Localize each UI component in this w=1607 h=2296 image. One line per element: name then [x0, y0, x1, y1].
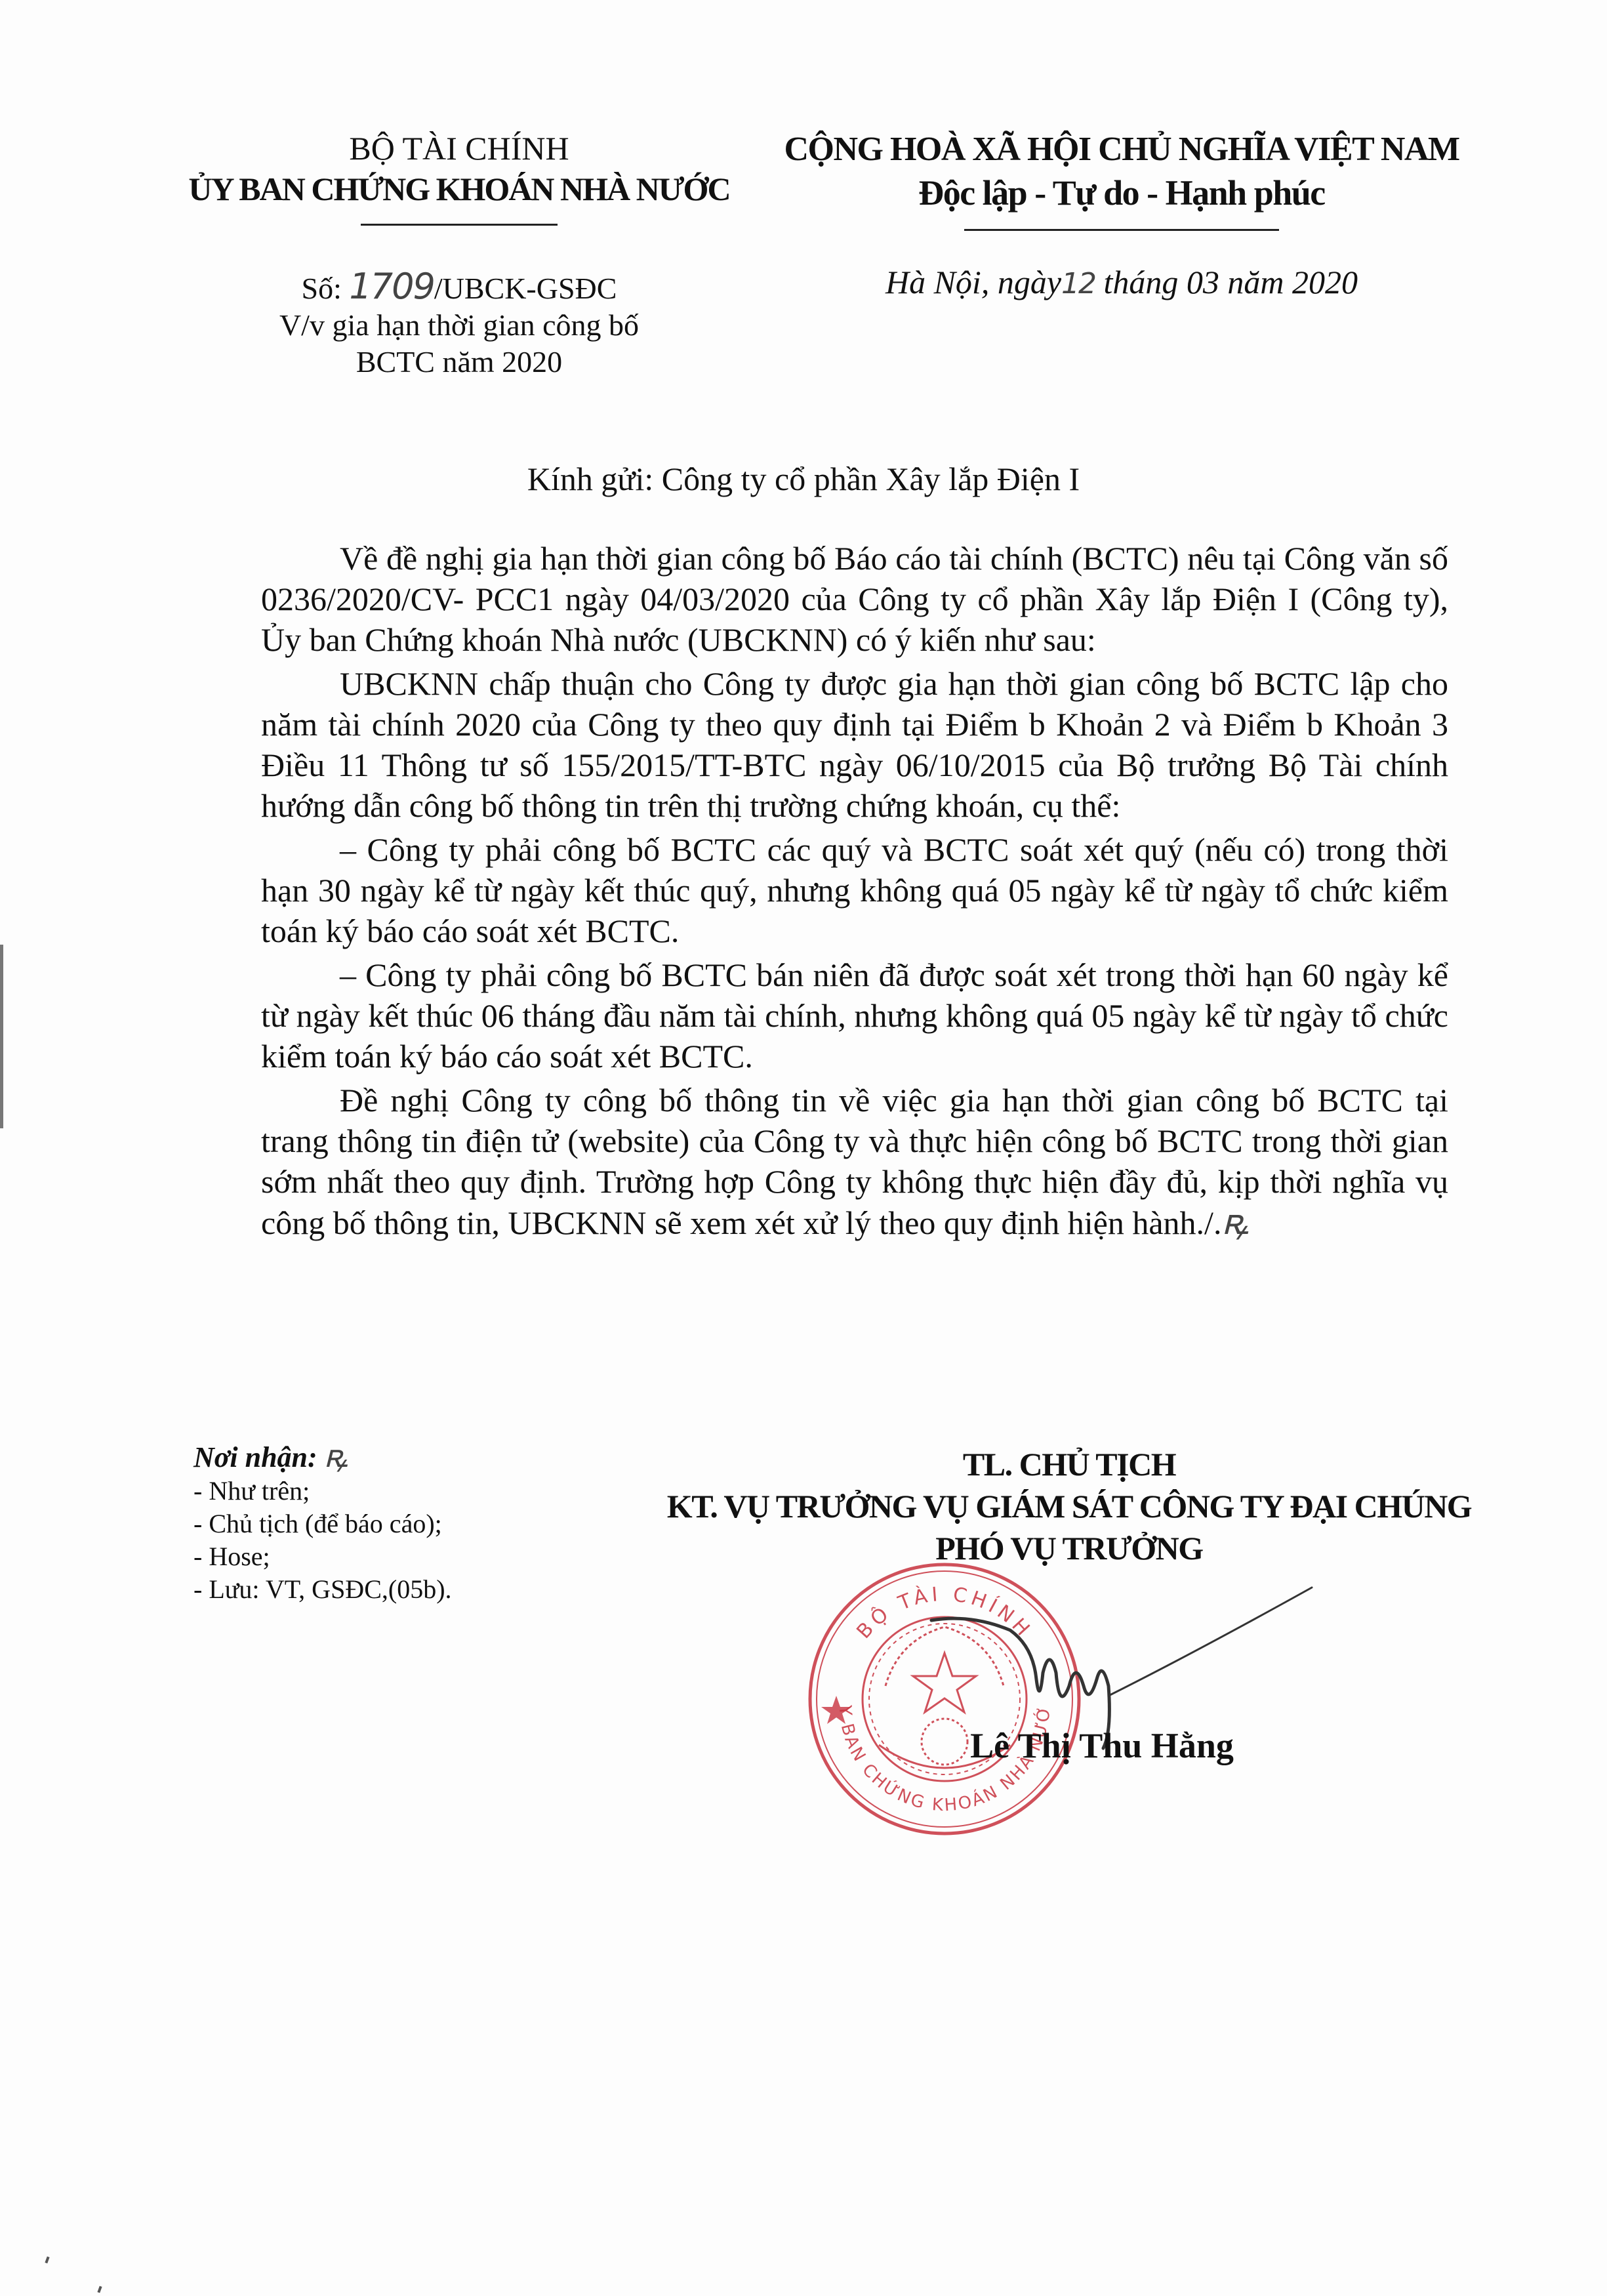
- paragraph-approval: UBCKNN chấp thuận cho Công ty được gia h…: [261, 663, 1448, 826]
- subject-line-2: BCTC năm 2020: [164, 344, 754, 380]
- scan-speck: [45, 2257, 49, 2264]
- header-left-divider: [361, 224, 558, 226]
- issuer-header: BỘ TÀI CHÍNH ỦY BAN CHỨNG KHOÁN NHÀ NƯỚC…: [164, 128, 754, 380]
- paragraph-closing: Đề nghị Công ty công bố thông tin về việ…: [261, 1080, 1448, 1243]
- recipient-item: - Hose;: [193, 1540, 653, 1573]
- agency-name: ỦY BAN CHỨNG KHOÁN NHÀ NƯỚC: [164, 169, 754, 209]
- ministry-name: BỘ TÀI CHÍNH: [164, 128, 754, 169]
- paragraph-semiannual: – Công ty phải công bố BCTC bán niên đã …: [261, 954, 1448, 1076]
- recipients-title: Nơi nhận:: [193, 1441, 317, 1473]
- paragraph-request: Về đề nghị gia hạn thời gian công bố Báo…: [261, 538, 1448, 660]
- national-motto: Độc lập - Tự do - Hạnh phúc: [761, 171, 1482, 215]
- signature-line-2: KT. VỤ TRƯỞNG VỤ GIÁM SÁT CÔNG TY ĐẠI CH…: [643, 1485, 1495, 1527]
- handwritten-day: 12: [1061, 267, 1095, 300]
- national-header: CỘNG HOÀ XÃ HỘI CHỦ NGHĨA VIỆT NAM Độc l…: [761, 128, 1482, 302]
- scan-edge-artifact: [0, 945, 3, 1128]
- document-date: Hà Nội, ngày12 tháng 03 năm 2020: [761, 264, 1482, 302]
- scan-speck: [97, 2286, 102, 2293]
- subject-line-1: V/v gia hạn thời gian công bố: [164, 307, 754, 344]
- document-number: Số: 1709/UBCK-GSĐC: [164, 268, 754, 307]
- recipient-item: - Như trên;: [193, 1475, 653, 1507]
- paragraph-quarterly: – Công ty phải công bố BCTC các quý và B…: [261, 829, 1448, 951]
- addressee: Kính gửi: Công ty cổ phần Xây lắp Điện I: [0, 459, 1607, 499]
- signature-titles: TL. CHỦ TỊCH KT. VỤ TRƯỞNG VỤ GIÁM SÁT C…: [643, 1443, 1495, 1569]
- recipient-item: - Chủ tịch (để báo cáo);: [193, 1507, 653, 1540]
- recipients-initial-mark-icon: ꝶ: [324, 1438, 346, 1475]
- signature-line-1: TL. CHỦ TỊCH: [643, 1443, 1495, 1485]
- letter-body: Về đề nghị gia hạn thời gian công bố Báo…: [261, 538, 1448, 1246]
- signer-name: Lê Thị Thu Hằng: [872, 1725, 1332, 1766]
- handwritten-number: 1709: [349, 266, 434, 307]
- recipients-block: Nơi nhận: ꝶ - Như trên; - Chủ tịch (để b…: [193, 1440, 653, 1606]
- header-right-divider: [964, 229, 1279, 231]
- country-name: CỘNG HOÀ XÃ HỘI CHỦ NGHĨA VIỆT NAM: [761, 128, 1482, 171]
- initial-mark-icon: ꝶ: [1221, 1201, 1247, 1242]
- recipient-item: - Lưu: VT, GSĐC,(05b).: [193, 1573, 653, 1606]
